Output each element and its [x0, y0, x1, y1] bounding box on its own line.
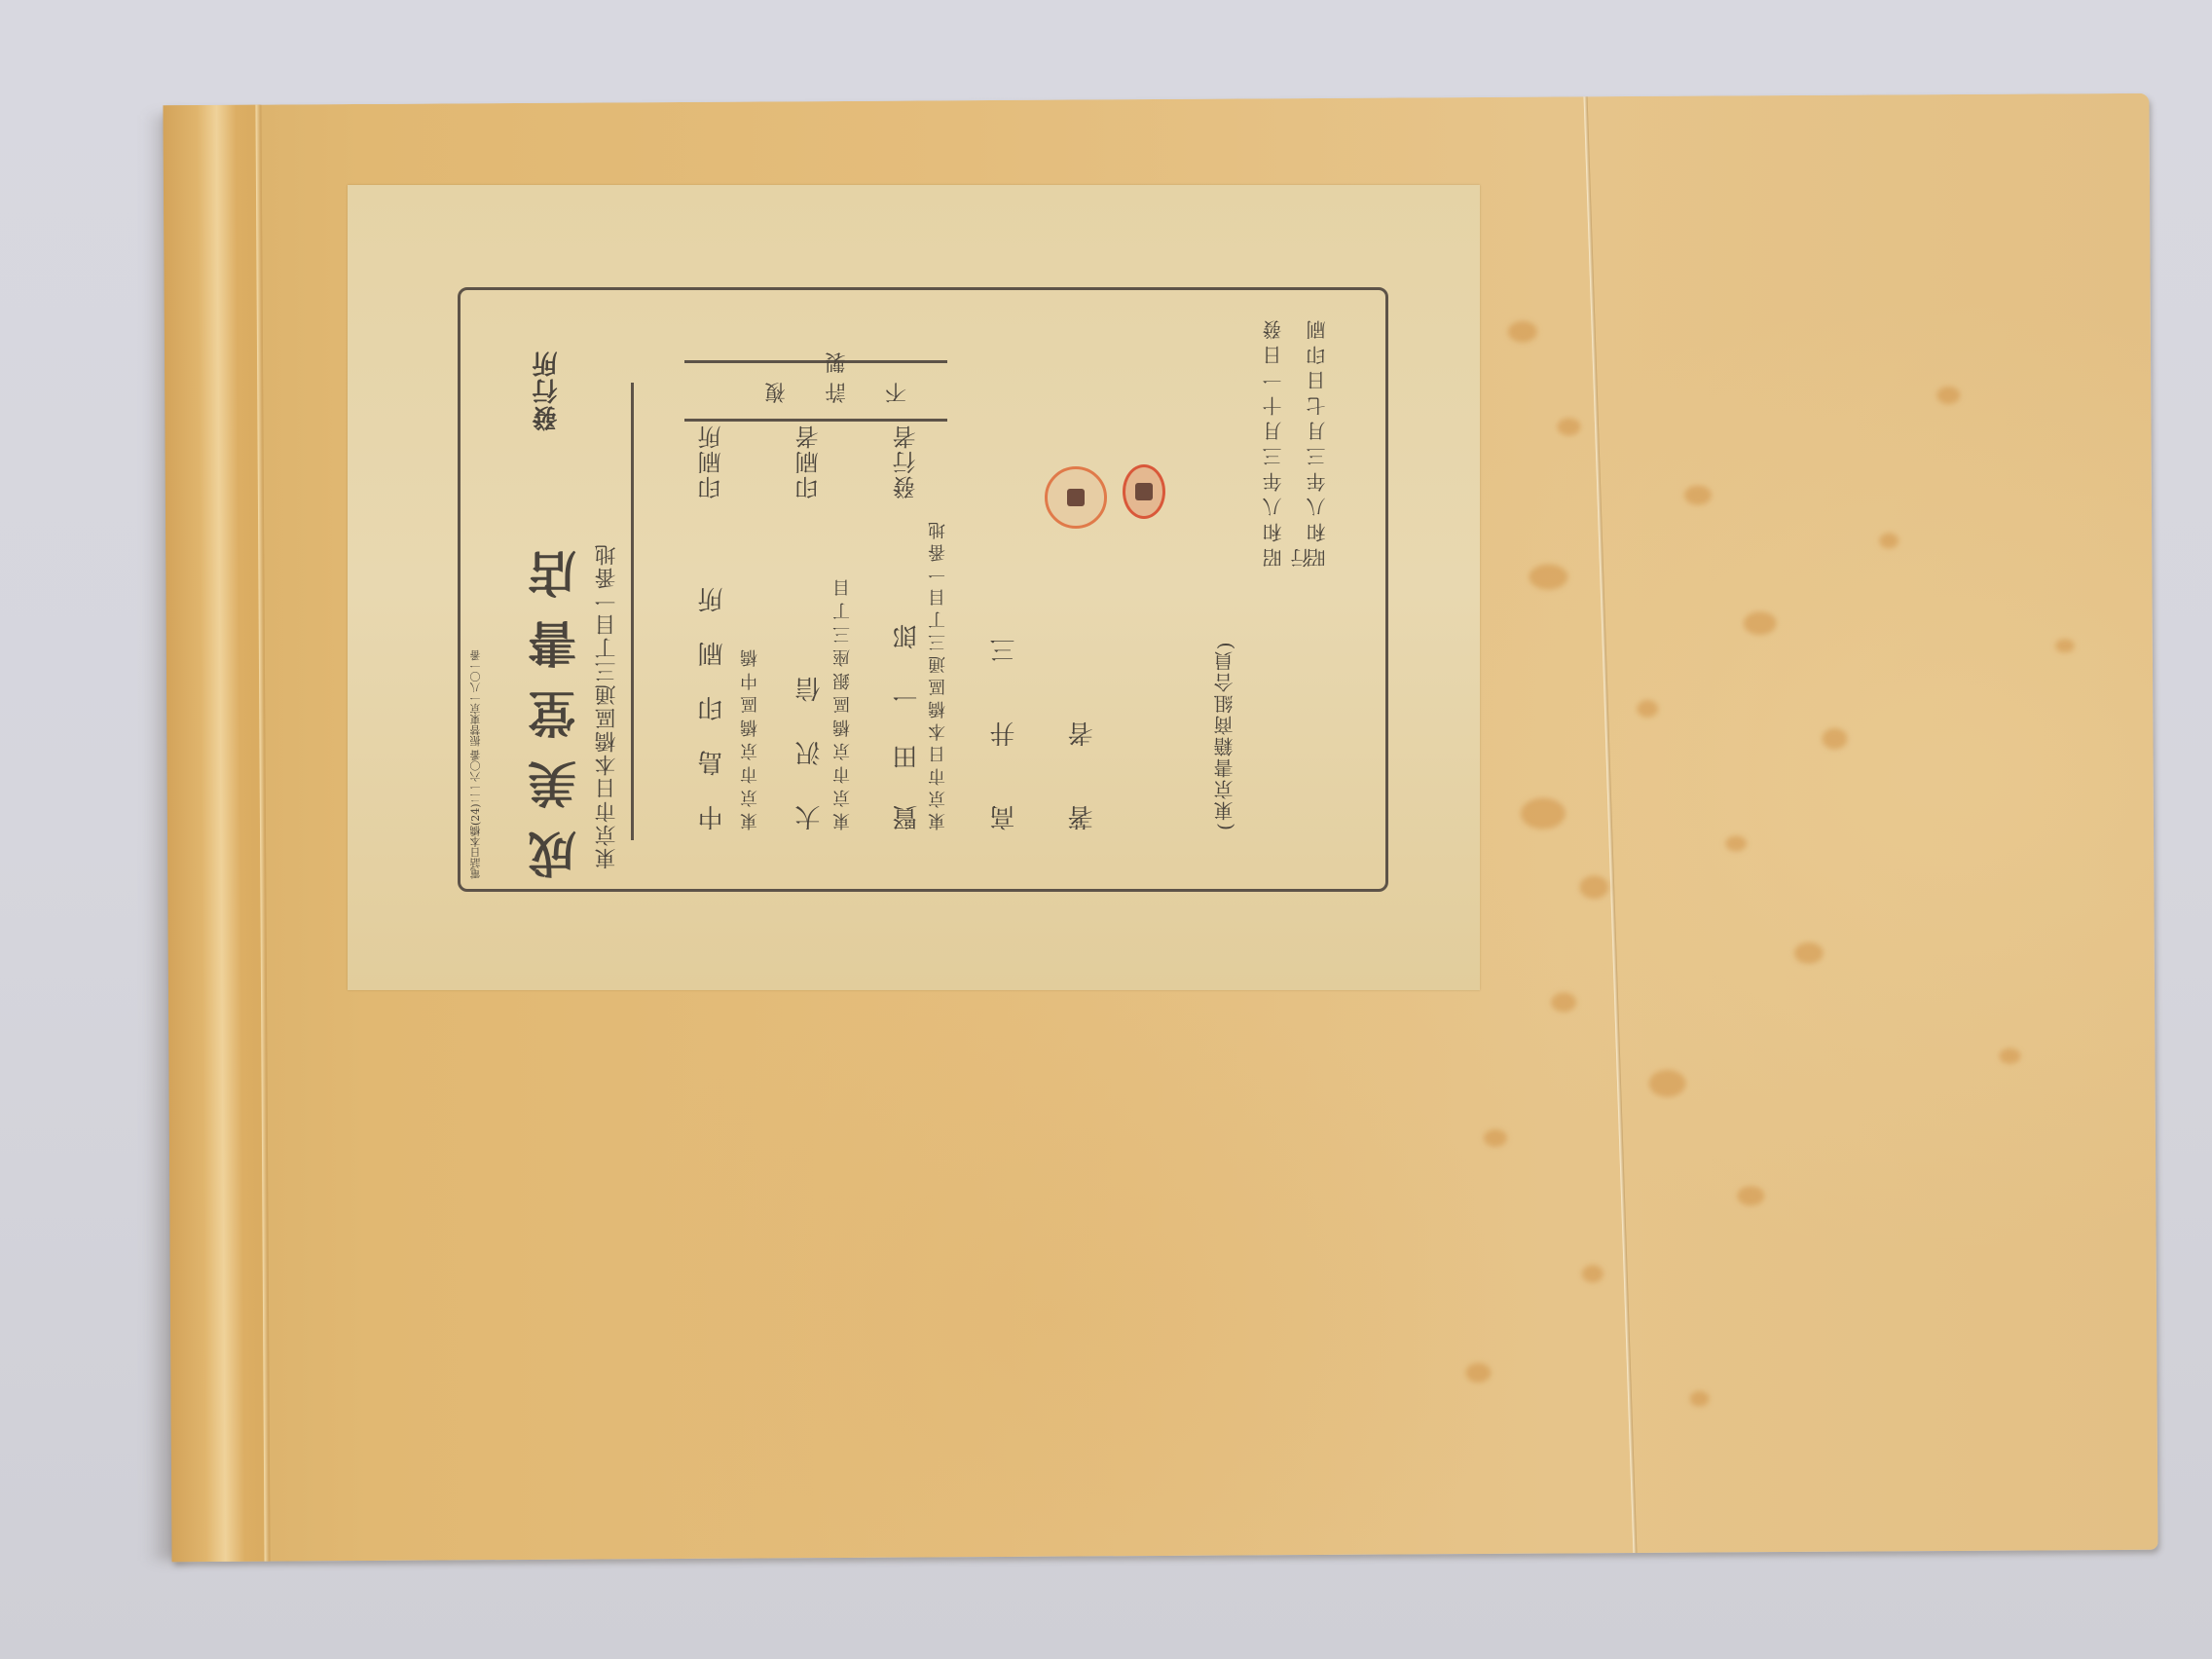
foxing-spot	[1794, 942, 1824, 964]
association-note: (東京書籍商組合員)	[1210, 640, 1238, 830]
foxing-spot	[1690, 1391, 1710, 1407]
prohibition-rule-top	[684, 419, 947, 422]
colophon-label: 發行所 成美堂書店 東京市日本橋區通三丁目一番地 電話日本橋(24)二一六〇番 …	[348, 185, 1480, 990]
editor-name: 賢田一郎	[889, 589, 925, 830]
prohibition-text: 不許複製	[704, 348, 928, 408]
foxing-spot	[1529, 564, 1567, 589]
author-role: 著者	[1064, 663, 1100, 830]
print-office-name: 中島印刷所	[694, 558, 730, 830]
foxing-spot	[1582, 1265, 1604, 1282]
foxing-spot	[1744, 611, 1777, 635]
foxing-spot	[1557, 418, 1580, 435]
foxing-spot	[1579, 875, 1608, 899]
foxing-spot	[1822, 728, 1847, 750]
printer-name: 大沢信	[792, 638, 828, 830]
foxing-spot	[1508, 321, 1537, 343]
foxing-spot	[2055, 639, 2075, 652]
printed-date: 昭和八年三月七日印刷	[1303, 314, 1331, 568]
seal-character-icon	[1135, 483, 1153, 500]
foxing-spot	[1551, 992, 1576, 1012]
publisher-name: 成美堂書店	[521, 529, 591, 879]
printer-role: 印刷者	[792, 424, 826, 499]
foxing-spot	[1999, 1049, 2020, 1064]
editor-role: 發行者	[889, 424, 923, 499]
publisher-phone: 電話日本橋(24)二一六〇番 振替東京一八〇一番	[468, 650, 484, 879]
foxing-spot	[1484, 1129, 1507, 1147]
spine-binding	[163, 105, 269, 1563]
author-name: 高井三	[986, 579, 1022, 830]
seal-character-icon	[1067, 489, 1085, 506]
colophon-frame: 發行所 成美堂書店 東京市日本橋區通三丁目一番地 電話日本橋(24)二一六〇番 …	[458, 287, 1388, 892]
foxing-spot	[1879, 533, 1899, 548]
printer-address: 東京市京橋區銀座三丁目	[830, 573, 856, 830]
foxing-spot	[1725, 835, 1747, 851]
foxing-spot	[1465, 1363, 1491, 1382]
publisher-role: 發行所	[529, 350, 565, 431]
paper-fold-crease	[1584, 96, 1638, 1553]
foxing-spot	[1637, 700, 1658, 718]
seal-stamp-2	[1123, 464, 1165, 519]
foxing-spot	[1649, 1070, 1686, 1097]
publisher-address: 東京市日本橋區通三丁目一番地	[592, 542, 622, 869]
colophon-content: 發行所 成美堂書店 東京市日本橋區通三丁目一番地 電話日本橋(24)二一六〇番 …	[461, 290, 1385, 889]
foxing-spot	[1936, 387, 1960, 404]
seal-stamp-1	[1045, 466, 1107, 529]
foxing-spot	[1684, 486, 1712, 505]
print-office-role: 印刷所	[694, 424, 728, 499]
print-office-address: 東京市京橋區中橋	[738, 644, 763, 830]
publisher-divider	[631, 383, 634, 840]
foxing-spot	[1521, 797, 1566, 829]
editor-address: 東京市日本橋區通三丁目一番地	[926, 517, 951, 830]
foxing-spot	[1737, 1186, 1764, 1205]
